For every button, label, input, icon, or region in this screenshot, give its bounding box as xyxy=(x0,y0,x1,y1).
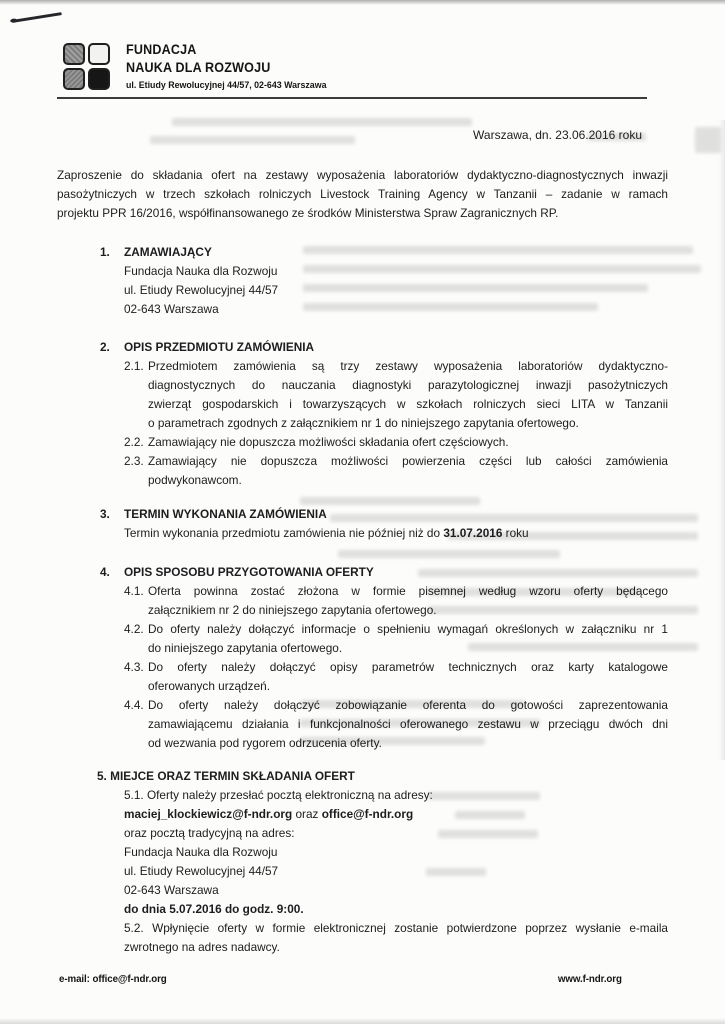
clause-2-3: 2.3. Zamawiający nie dopuszcza możliwośc… xyxy=(124,452,668,490)
clause-5-1: 5.1. Oferty należy przesłać pocztą elekt… xyxy=(124,786,668,805)
clause-4-2: 4.2. Do oferty należy dołączyć informacj… xyxy=(124,620,668,658)
clause-2-2: 2.2. Zamawiający nie dopuszcza możliwośc… xyxy=(124,433,668,452)
intro-line: pasożytniczych w trzech szkołach rolnicz… xyxy=(57,185,668,204)
clause-number: 4.4. xyxy=(124,696,144,715)
letterhead-divider xyxy=(57,97,647,99)
section-4-opis-sposobu: 4. OPIS SPOSOBU PRZYGOTOWANIA OFERTY 4.1… xyxy=(57,563,668,753)
clause-4-4: 4.4. Do oferty należy dołączyć zobowiąza… xyxy=(124,696,668,753)
logo-square-top-left xyxy=(63,43,85,65)
clause-line: Do oferty należy dołączyć zobowiązanie o… xyxy=(148,696,668,715)
foundation-logo xyxy=(63,43,110,90)
org-name-line1: FUNDACJA xyxy=(126,41,327,59)
postal-street: ul. Etiudy Rewolucyjnej 44/57 xyxy=(124,862,668,881)
section-5-miejsce-termin: 5. MIEJCE ORAZ TERMIN SKŁADANIA OFERT 5.… xyxy=(57,767,668,957)
section-2-heading: 2. OPIS PRZEDMIOTU ZAMÓWIENIA xyxy=(57,338,668,357)
org-name-line2: NAUKA DLA ROZWOJU xyxy=(126,59,327,77)
clause-line: Do oferty należy dołączyć opisy parametr… xyxy=(148,658,668,677)
clause-5-2-line: 5.2. Wpłynięcie oferty w formie elektron… xyxy=(124,919,668,938)
email-address-secondary: office@f-ndr.org xyxy=(322,807,413,821)
section-1-zamawiajacy: 1. ZAMAWIAJĄCY Fundacja Nauka dla Rozwoj… xyxy=(57,243,668,319)
clause-line: podwykonawcom. xyxy=(148,471,668,490)
clause-line: załącznikiem nr 2 do niniejszego zapytan… xyxy=(148,601,668,620)
clause-line: od wezwania pod rygorem odrzucenia ofert… xyxy=(148,734,668,753)
clause-number: 2.1. xyxy=(124,357,144,376)
deadline-sentence: Termin wykonania przedmiotu zamówienia n… xyxy=(124,524,668,543)
section-5-heading: 5. MIEJCE ORAZ TERMIN SKŁADANIA OFERT xyxy=(97,767,668,786)
section-title: OPIS PRZEDMIOTU ZAMÓWIENIA xyxy=(124,338,314,357)
intro-paragraph: Zaproszenie do składania ofert na zestaw… xyxy=(57,166,668,223)
clause-number: 4.1. xyxy=(124,582,144,601)
section-title: TERMIN WYKONANIA ZAMÓWIENIA xyxy=(124,505,327,524)
clause-line: o parametrach zgodnych z załącznikiem nr… xyxy=(148,414,668,433)
section-1-heading: 1. ZAMAWIAJĄCY xyxy=(57,243,668,262)
section-2-opis-przedmiotu: 2. OPIS PRZEDMIOTU ZAMÓWIENIA 2.1. Przed… xyxy=(57,338,668,490)
scan-edge-top xyxy=(0,0,725,5)
logo-square-top-right xyxy=(88,43,110,65)
email-address-primary: maciej_klockiewicz@f-ndr.org xyxy=(124,807,292,821)
deadline-text: Termin wykonania przedmiotu zamówienia n… xyxy=(124,526,443,540)
email-addresses-line: maciej_klockiewicz@f-ndr.org oraz office… xyxy=(124,805,668,824)
date-line: Warszawa, dn. 23.06.2016 roku xyxy=(57,126,642,145)
clause-line: Oferta powinna zostać złożona w formie p… xyxy=(148,582,668,601)
clause-number: 4.3. xyxy=(124,658,144,677)
page-footer: e-mail: office@f-ndr.org www.f-ndr.org xyxy=(59,970,622,989)
submission-deadline: do dnia 5.07.2016 do godz. 9:00. xyxy=(124,900,668,919)
scan-edge-right xyxy=(719,120,725,760)
clause-5-2-line: zwrotnego na adres nadawcy. xyxy=(124,938,668,957)
postal-intro-line: oraz pocztą tradycyjną na adres: xyxy=(124,824,668,843)
orderer-street: ul. Etiudy Rewolucyjnej 44/57 xyxy=(124,281,668,300)
postal-city: 02-643 Warszawa xyxy=(124,881,668,900)
clause-number: 4.2. xyxy=(124,620,144,639)
clause-line: diagnostycznych do nauczania diagnostyki… xyxy=(148,376,668,395)
clause-line: Przedmiotem zamówienia są trzy zestawy w… xyxy=(148,357,668,376)
clause-4-1: 4.1. Oferta powinna zostać złożona w for… xyxy=(124,582,668,620)
deadline-date: 31.07.2016 xyxy=(443,526,502,540)
clause-line: oferowanych urządzeń. xyxy=(148,677,668,696)
footer-website: www.f-ndr.org xyxy=(558,970,622,989)
letterhead-text: FUNDACJA NAUKA DLA ROZWOJU ul. Etiudy Re… xyxy=(126,41,327,92)
footer-email: e-mail: office@f-ndr.org xyxy=(59,970,167,989)
section-number: 4. xyxy=(100,563,124,582)
intro-line: projektu PPR 16/2016, współfinansowanego… xyxy=(57,204,668,223)
clause-number: 2.3. xyxy=(124,452,144,471)
orderer-city: 02-643 Warszawa xyxy=(124,300,668,319)
section-number: 2. xyxy=(100,338,124,357)
section-number: 1. xyxy=(100,243,124,262)
clause-line: Zamawiający nie dopuszcza możliwości pow… xyxy=(148,452,668,471)
pen-stroke-mark xyxy=(12,12,62,22)
clause-number: 2.2. xyxy=(124,433,144,452)
section-number: 3. xyxy=(100,505,124,524)
logo-square-bottom-left xyxy=(63,68,85,90)
section-title: ZAMAWIAJĄCY xyxy=(124,243,212,262)
deadline-suffix: roku xyxy=(502,526,528,540)
email-separator: oraz xyxy=(292,807,322,821)
clause-line: Do oferty należy dołączyć informacje o s… xyxy=(148,620,668,639)
clause-line: zwierząt gospodarskich i towarzyszących … xyxy=(148,395,668,414)
section-4-heading: 4. OPIS SPOSOBU PRZYGOTOWANIA OFERTY xyxy=(57,563,668,582)
org-address: ul. Etiudy Rewolucyjnej 44/57, 02-643 Wa… xyxy=(126,79,327,92)
clause-2-1: 2.1. Przedmiotem zamówienia są trzy zest… xyxy=(124,357,668,433)
orderer-name: Fundacja Nauka dla Rozwoju xyxy=(124,262,668,281)
logo-square-bottom-right xyxy=(88,68,110,90)
postal-name: Fundacja Nauka dla Rozwoju xyxy=(124,843,668,862)
clause-4-3: 4.3. Do oferty należy dołączyć opisy par… xyxy=(124,658,668,696)
clause-line: do niniejszego zapytania ofertowego. xyxy=(148,639,668,658)
section-title: OPIS SPOSOBU PRZYGOTOWANIA OFERTY xyxy=(124,563,374,582)
intro-line: Zaproszenie do składania ofert na zestaw… xyxy=(57,166,668,185)
clause-line: Zamawiający nie dopuszcza możliwości skł… xyxy=(148,433,668,452)
scanned-document-page: FUNDACJA NAUKA DLA ROZWOJU ul. Etiudy Re… xyxy=(0,0,725,1024)
section-3-termin-wykonania: 3. TERMIN WYKONANIA ZAMÓWIENIA Termin wy… xyxy=(57,505,668,543)
section-3-heading: 3. TERMIN WYKONANIA ZAMÓWIENIA xyxy=(57,505,668,524)
clause-line: zamawiającemu działania i funkcjonalnośc… xyxy=(148,715,668,734)
scan-edge-bottom xyxy=(0,1018,725,1024)
